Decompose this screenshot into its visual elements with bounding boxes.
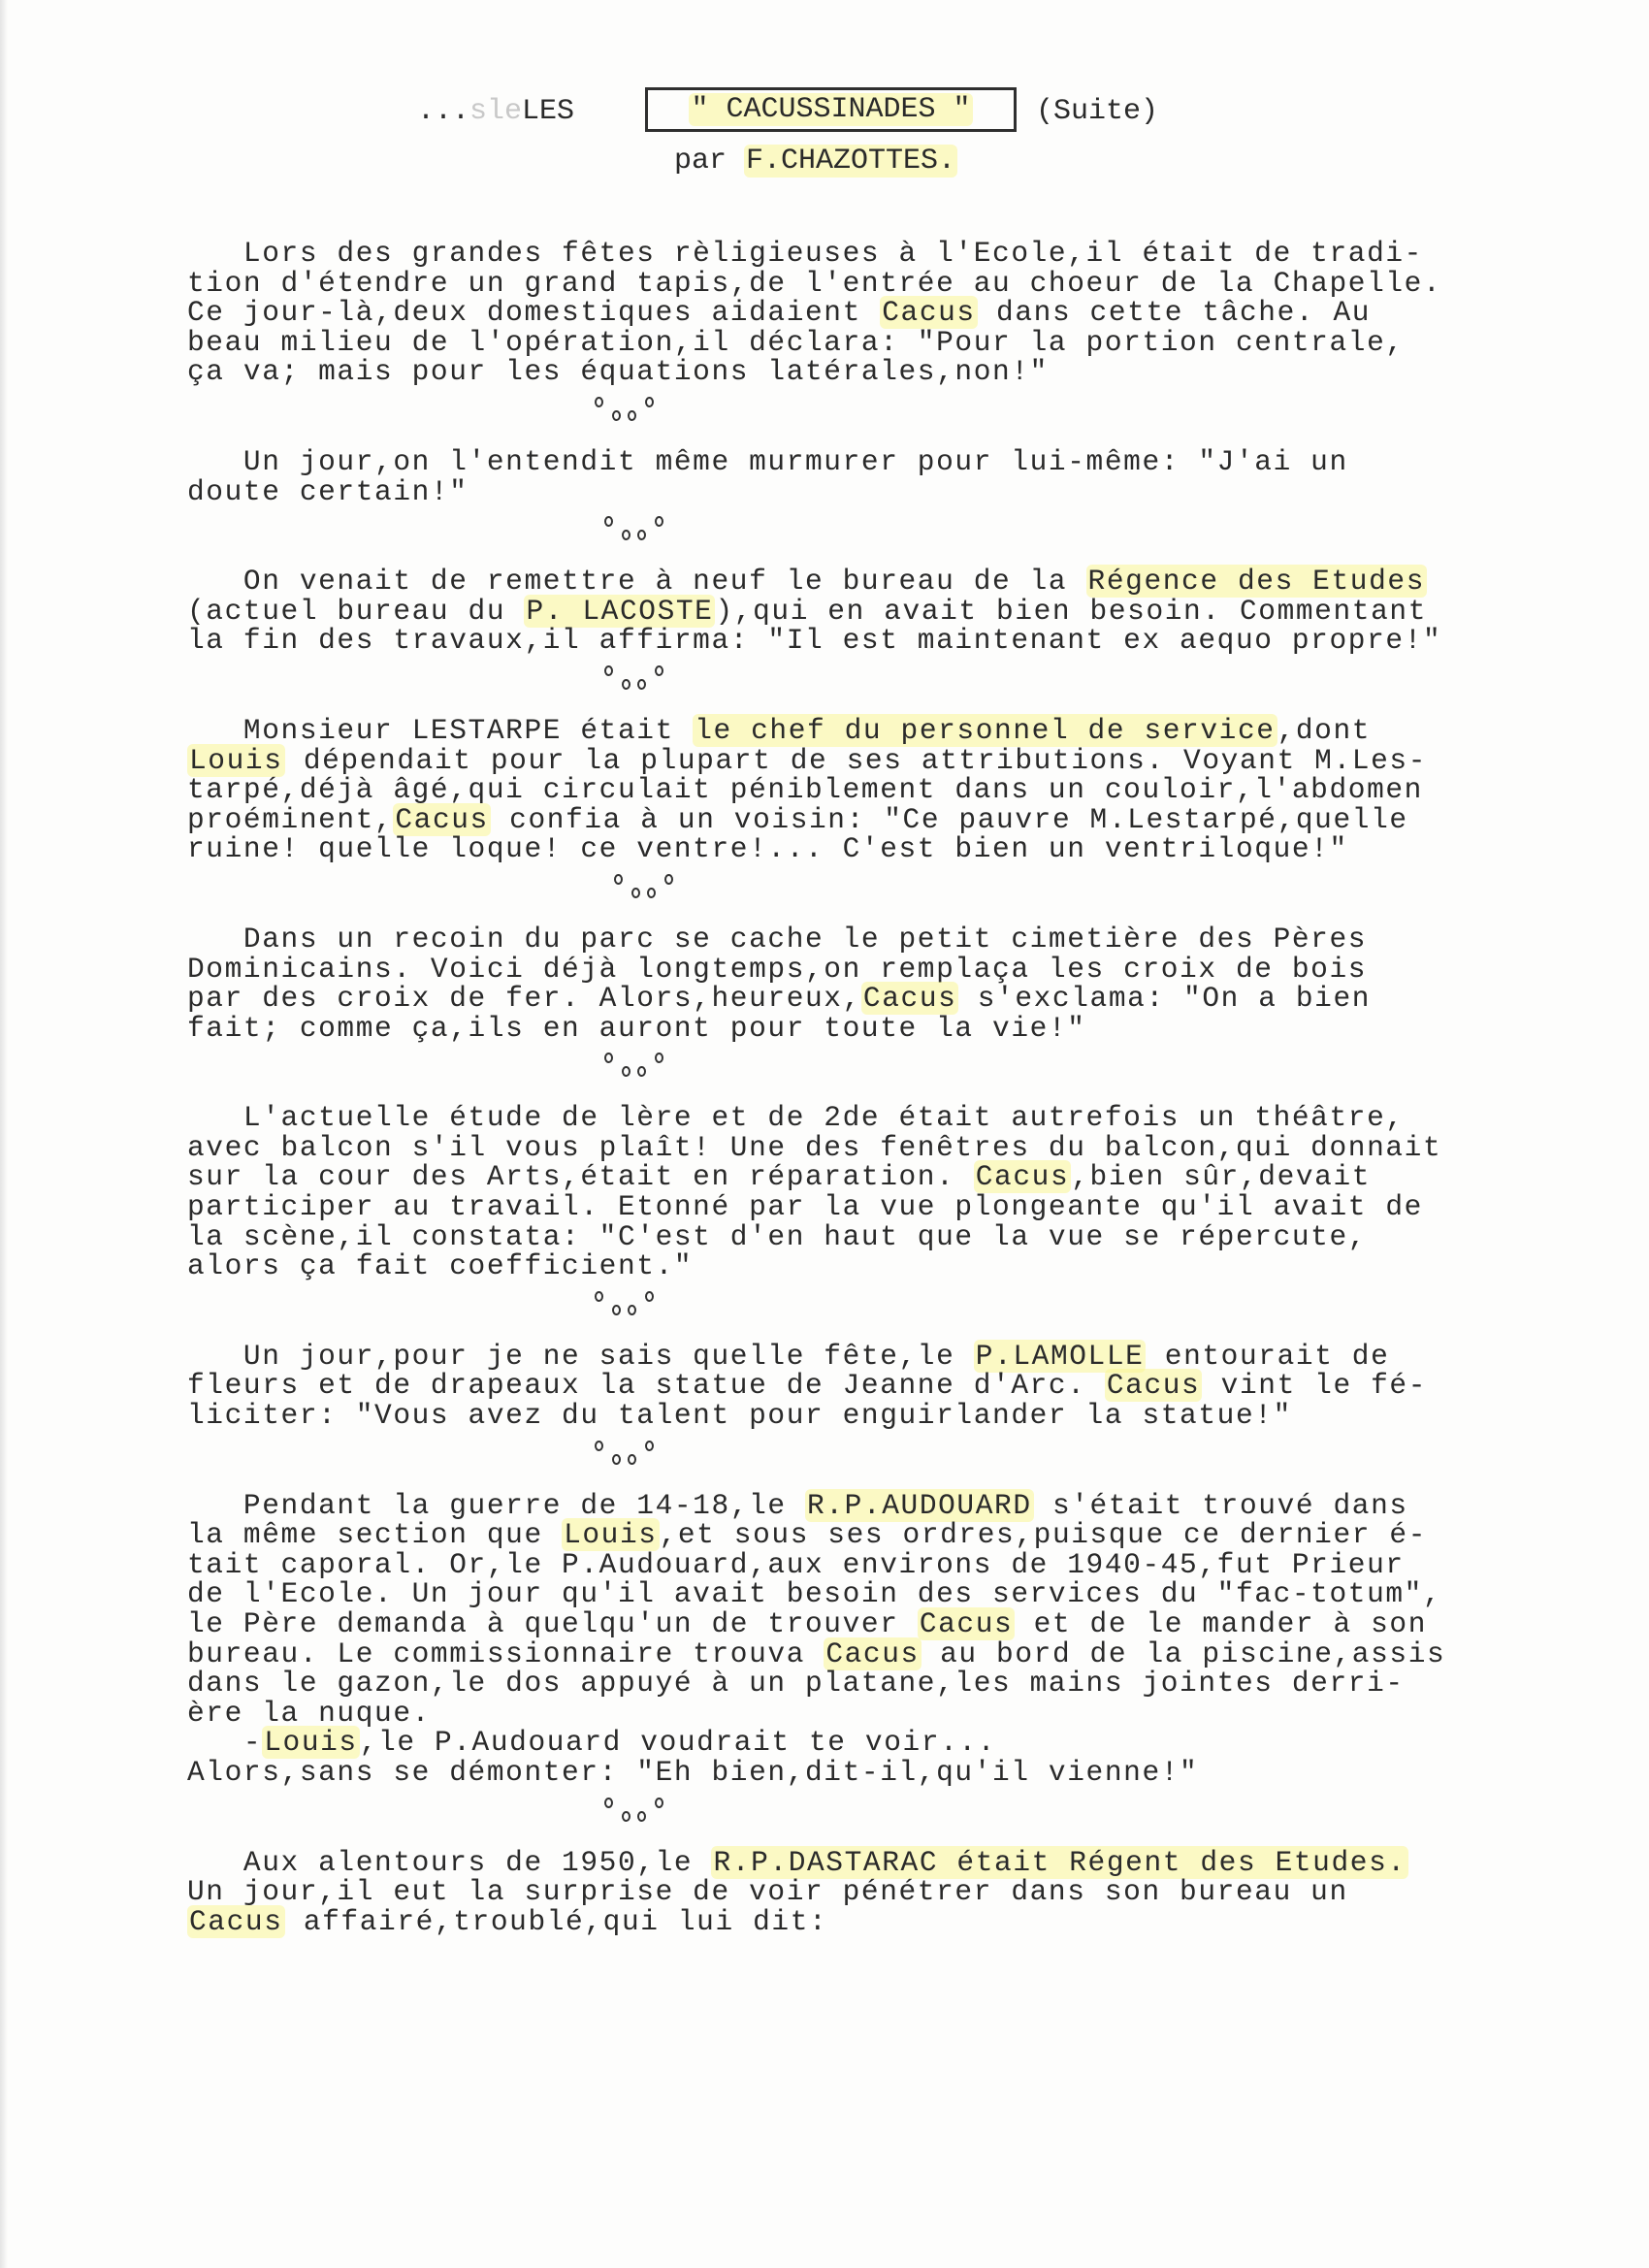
highlight: Régence des Etudes xyxy=(1086,565,1427,598)
title-suite: (Suite) xyxy=(1036,87,1158,136)
text-line: tion d'étendre un grand tapis,de l'entré… xyxy=(187,269,1565,299)
text-line: la même section que Louis,et sous ses or… xyxy=(187,1520,1565,1550)
text-line: Un jour,on l'entendit même murmurer pour… xyxy=(187,447,1565,477)
text-line: tait caporal. Or,le P.Audouard,aux envir… xyxy=(187,1550,1565,1580)
highlight: Cacus xyxy=(1105,1369,1203,1402)
boxed-title: " CACUSSINADES " xyxy=(645,87,1017,132)
text-line: par des croix de fer. Alors,heureux,Cacu… xyxy=(187,984,1565,1014)
title-ellipsis: ... xyxy=(417,95,469,128)
highlight: Cacus xyxy=(918,1607,1016,1640)
text-line: liciter: "Vous avez du talent pour engui… xyxy=(187,1401,1565,1431)
highlight: P. LACOSTE xyxy=(524,595,715,628)
text-line: beau milieu de l'opération,il déclara: "… xyxy=(187,328,1565,358)
highlight: Cacus xyxy=(393,803,491,836)
text-line: Un jour,pour je ne sais quelle fête,le P… xyxy=(187,1342,1565,1372)
text-line: le Père demanda à quelqu'un de trouver C… xyxy=(187,1609,1565,1639)
text-line: proéminent,Cacus confia à un voisin: "Ce… xyxy=(187,805,1565,835)
text-line: Lors des grandes fêtes rèligieuses à l'E… xyxy=(187,239,1565,269)
text-line: sur la cour des Arts,était en réparation… xyxy=(187,1162,1565,1192)
text-line: Aux alentours de 1950,le R.P.DASTARAC ét… xyxy=(187,1848,1565,1878)
text-line: Un jour,il eut la surprise de voir pénét… xyxy=(187,1877,1565,1907)
text-line: Pendant la guerre de 14-18,le R.P.AUDOUA… xyxy=(187,1491,1565,1521)
text-line: On venait de remettre à neuf le bureau d… xyxy=(187,567,1565,597)
text-line: dans le gazon,le dos appuyé à un platane… xyxy=(187,1669,1565,1699)
paragraph: Pendant la guerre de 14-18,le R.P.AUDOUA… xyxy=(187,1491,1565,1788)
highlight: P.LAMOLLE xyxy=(974,1340,1147,1373)
title-ghost-text: sle xyxy=(469,95,522,128)
highlight: Cacus xyxy=(974,1160,1072,1193)
page-edge-shadow xyxy=(0,0,8,2268)
text-line: L'actuelle étude de lère et de 2de était… xyxy=(187,1103,1565,1133)
text-line: doute certain!" xyxy=(187,477,1565,507)
scanned-page: ...sleLES " CACUSSINADES " (Suite) par F… xyxy=(0,0,1649,2268)
text-line: la fin des travaux,il affirma: "Il est m… xyxy=(187,626,1565,656)
highlight: Louis xyxy=(187,744,285,777)
section-separator xyxy=(187,387,1565,447)
paragraph: On venait de remettre à neuf le bureau d… xyxy=(187,567,1565,656)
section-separator xyxy=(187,1788,1565,1848)
text-line: participer au travail. Etonné par la vue… xyxy=(187,1192,1565,1222)
ornament-circles-icon xyxy=(614,874,672,903)
highlight: R.P.AUDOUARD xyxy=(805,1489,1034,1522)
text-line: Cacus affairé,troublé,qui lui dit: xyxy=(187,1907,1565,1937)
title-les: LES xyxy=(522,95,574,128)
highlight: Louis xyxy=(562,1518,660,1551)
text-line: Alors,sans se démonter: "Eh bien,dit-il,… xyxy=(187,1758,1565,1788)
paragraph: L'actuelle étude de lère et de 2de était… xyxy=(187,1103,1565,1281)
text-line: Dominicains. Voici déjà longtemps,on rem… xyxy=(187,955,1565,985)
highlight: Cacus xyxy=(187,1905,285,1938)
highlight: R.P.DASTARAC était Régent des Etudes. xyxy=(711,1846,1407,1879)
byline: par F.CHAZOTTES. xyxy=(674,144,957,178)
ornament-circles-icon xyxy=(604,516,663,545)
paragraph: Un jour,on l'entendit même murmurer pour… xyxy=(187,447,1565,506)
title-lead: ...sleLES xyxy=(417,87,574,136)
text-line: bureau. Le commissionnaire trouva Cacus … xyxy=(187,1639,1565,1669)
highlight: Cacus xyxy=(824,1637,921,1670)
ornament-circles-icon xyxy=(595,1291,653,1320)
byline-author: F.CHAZOTTES. xyxy=(744,145,957,178)
paragraph: Aux alentours de 1950,le R.P.DASTARAC ét… xyxy=(187,1848,1565,1937)
section-separator xyxy=(187,864,1565,924)
section-separator xyxy=(187,506,1565,567)
ornament-circles-icon xyxy=(595,1441,653,1470)
text-line: Monsieur LESTARPE était le chef du perso… xyxy=(187,716,1565,746)
article-body: Lors des grandes fêtes rèligieuses à l'E… xyxy=(187,239,1565,1936)
text-line: fait; comme ça,ils en auront pour toute … xyxy=(187,1014,1565,1044)
text-line: fleurs et de drapeaux la statue de Jeann… xyxy=(187,1371,1565,1401)
title-row: ...sleLES " CACUSSINADES " (Suite) xyxy=(0,87,1649,136)
section-separator xyxy=(187,1281,1565,1342)
section-separator xyxy=(187,1043,1565,1103)
paragraph: Lors des grandes fêtes rèligieuses à l'E… xyxy=(187,239,1565,387)
highlight: Cacus xyxy=(880,296,978,329)
section-separator xyxy=(187,656,1565,716)
text-line: ruine! quelle loque! ce ventre!... C'est… xyxy=(187,834,1565,864)
ornament-circles-icon xyxy=(604,665,663,695)
text-line: Ce jour-là,deux domestiques aidaient Cac… xyxy=(187,298,1565,328)
text-line: Louis dépendait pour la plupart de ses a… xyxy=(187,746,1565,776)
text-line: alors ça fait coefficient." xyxy=(187,1251,1565,1281)
ornament-circles-icon xyxy=(604,1053,663,1082)
text-line: Dans un recoin du parc se cache le petit… xyxy=(187,924,1565,955)
highlight: Louis xyxy=(262,1726,360,1759)
text-line: -Louis,le P.Audouard voudrait te voir... xyxy=(187,1728,1565,1758)
text-line: tarpé,déjà âgé,qui circulait péniblement… xyxy=(187,775,1565,805)
paragraph: Un jour,pour je ne sais quelle fête,le P… xyxy=(187,1342,1565,1431)
ornament-circles-icon xyxy=(595,397,653,426)
text-line: de l'Ecole. Un jour qu'il avait besoin d… xyxy=(187,1579,1565,1609)
text-line: (actuel bureau du P. LACOSTE),qui en ava… xyxy=(187,597,1565,627)
section-separator xyxy=(187,1431,1565,1491)
paragraph: Dans un recoin du parc se cache le petit… xyxy=(187,924,1565,1043)
highlight: Cacus xyxy=(861,982,959,1015)
text-line: ça va; mais pour les équations latérales… xyxy=(187,357,1565,387)
ornament-circles-icon xyxy=(604,1798,663,1827)
text-line: avec balcon s'il vous plaît! Une des fen… xyxy=(187,1133,1565,1163)
text-line: la scène,il constata: "C'est d'en haut q… xyxy=(187,1222,1565,1252)
text-line: ère la nuque. xyxy=(187,1699,1565,1729)
byline-prefix: par xyxy=(674,145,744,178)
paragraph: Monsieur LESTARPE était le chef du perso… xyxy=(187,716,1565,864)
highlight: le chef du personnel de service xyxy=(693,714,1277,747)
boxed-title-text: " CACUSSINADES " xyxy=(689,93,972,126)
